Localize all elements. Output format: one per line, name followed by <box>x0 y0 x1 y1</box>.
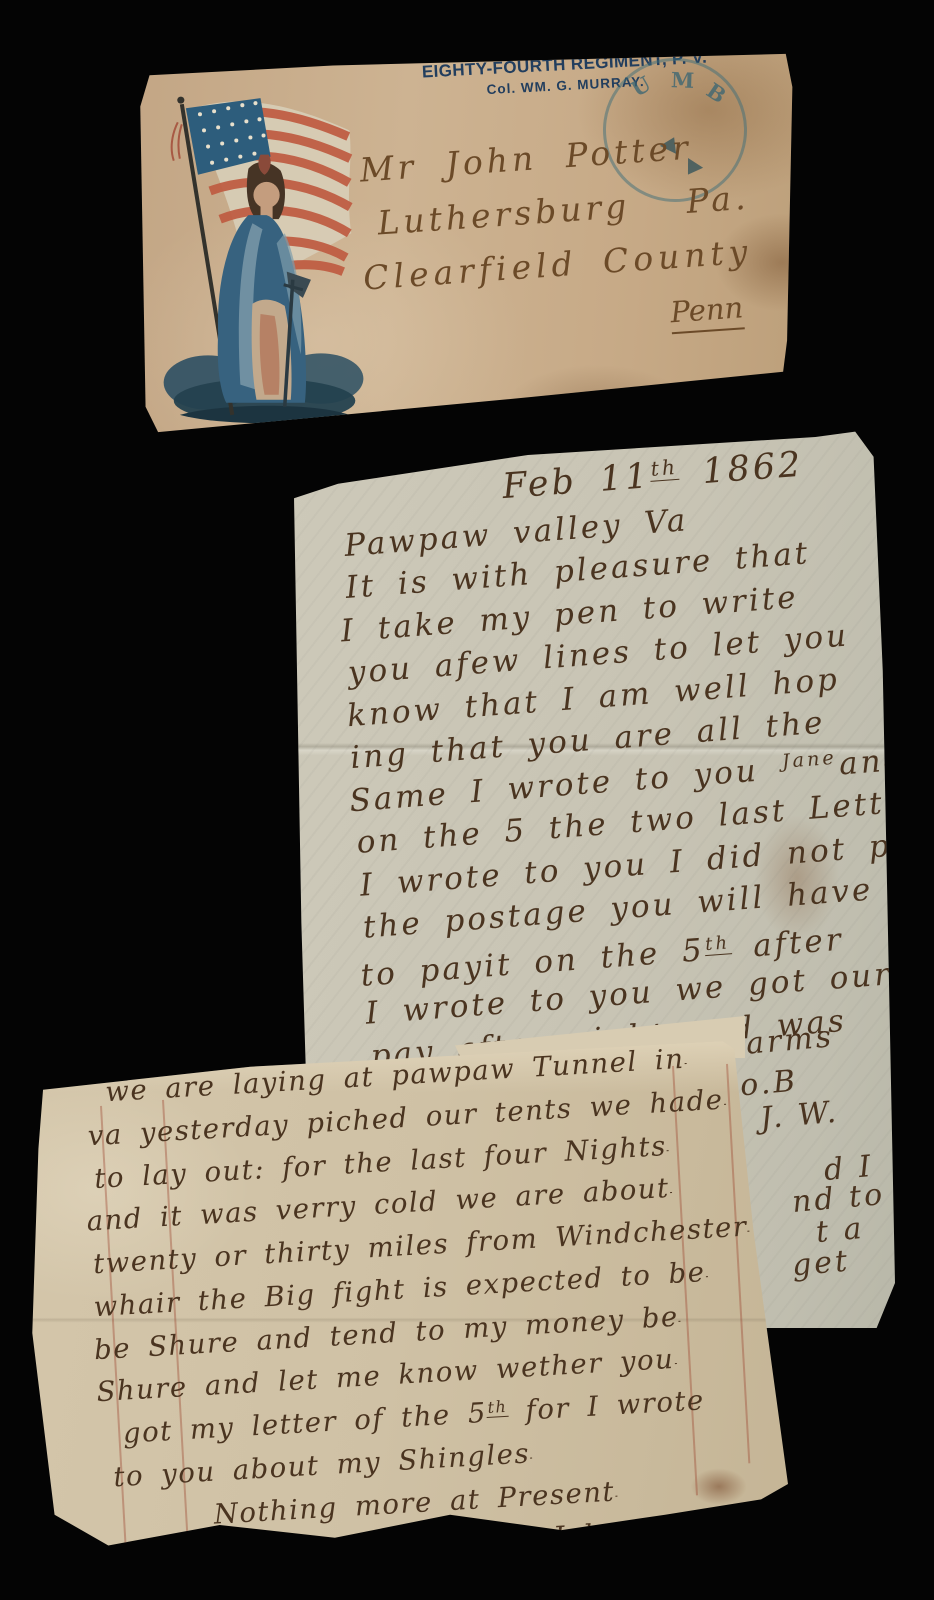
columbia-flag-illustration <box>150 82 370 430</box>
letter-page-2: we are laying at pawpaw Tunnel in va yes… <box>20 1036 788 1548</box>
postmark-letter: B <box>702 78 731 109</box>
letter-line-fragment: o.B <box>739 1064 800 1104</box>
photograph-civil-war-letter-and-envelope: EIGHTY-FOURTH REGIMENT, P. V. Col. WM. G… <box>0 0 934 1600</box>
letter-line-fragment: arms <box>745 1019 836 1062</box>
letter-line-fragment: get <box>791 1244 852 1284</box>
letter-line-fragment: J. W. <box>759 1095 841 1137</box>
postmark-letter: M <box>671 67 695 93</box>
envelope: EIGHTY-FOURTH REGIMENT, P. V. Col. WM. G… <box>135 48 795 438</box>
envelope-address: Mr John Potter Luthersburg Pa. Clearfiel… <box>358 117 759 359</box>
flag-tassel <box>172 122 182 160</box>
address-state: Penn <box>669 287 744 334</box>
letter-page-1-text: Feb 11th 1862 Pawpaw valley Va It is wit… <box>329 432 934 1080</box>
letter-page-2-text: we are laying at pawpaw Tunnel in va yes… <box>78 1030 806 1583</box>
postmark-letter: U <box>627 71 655 102</box>
